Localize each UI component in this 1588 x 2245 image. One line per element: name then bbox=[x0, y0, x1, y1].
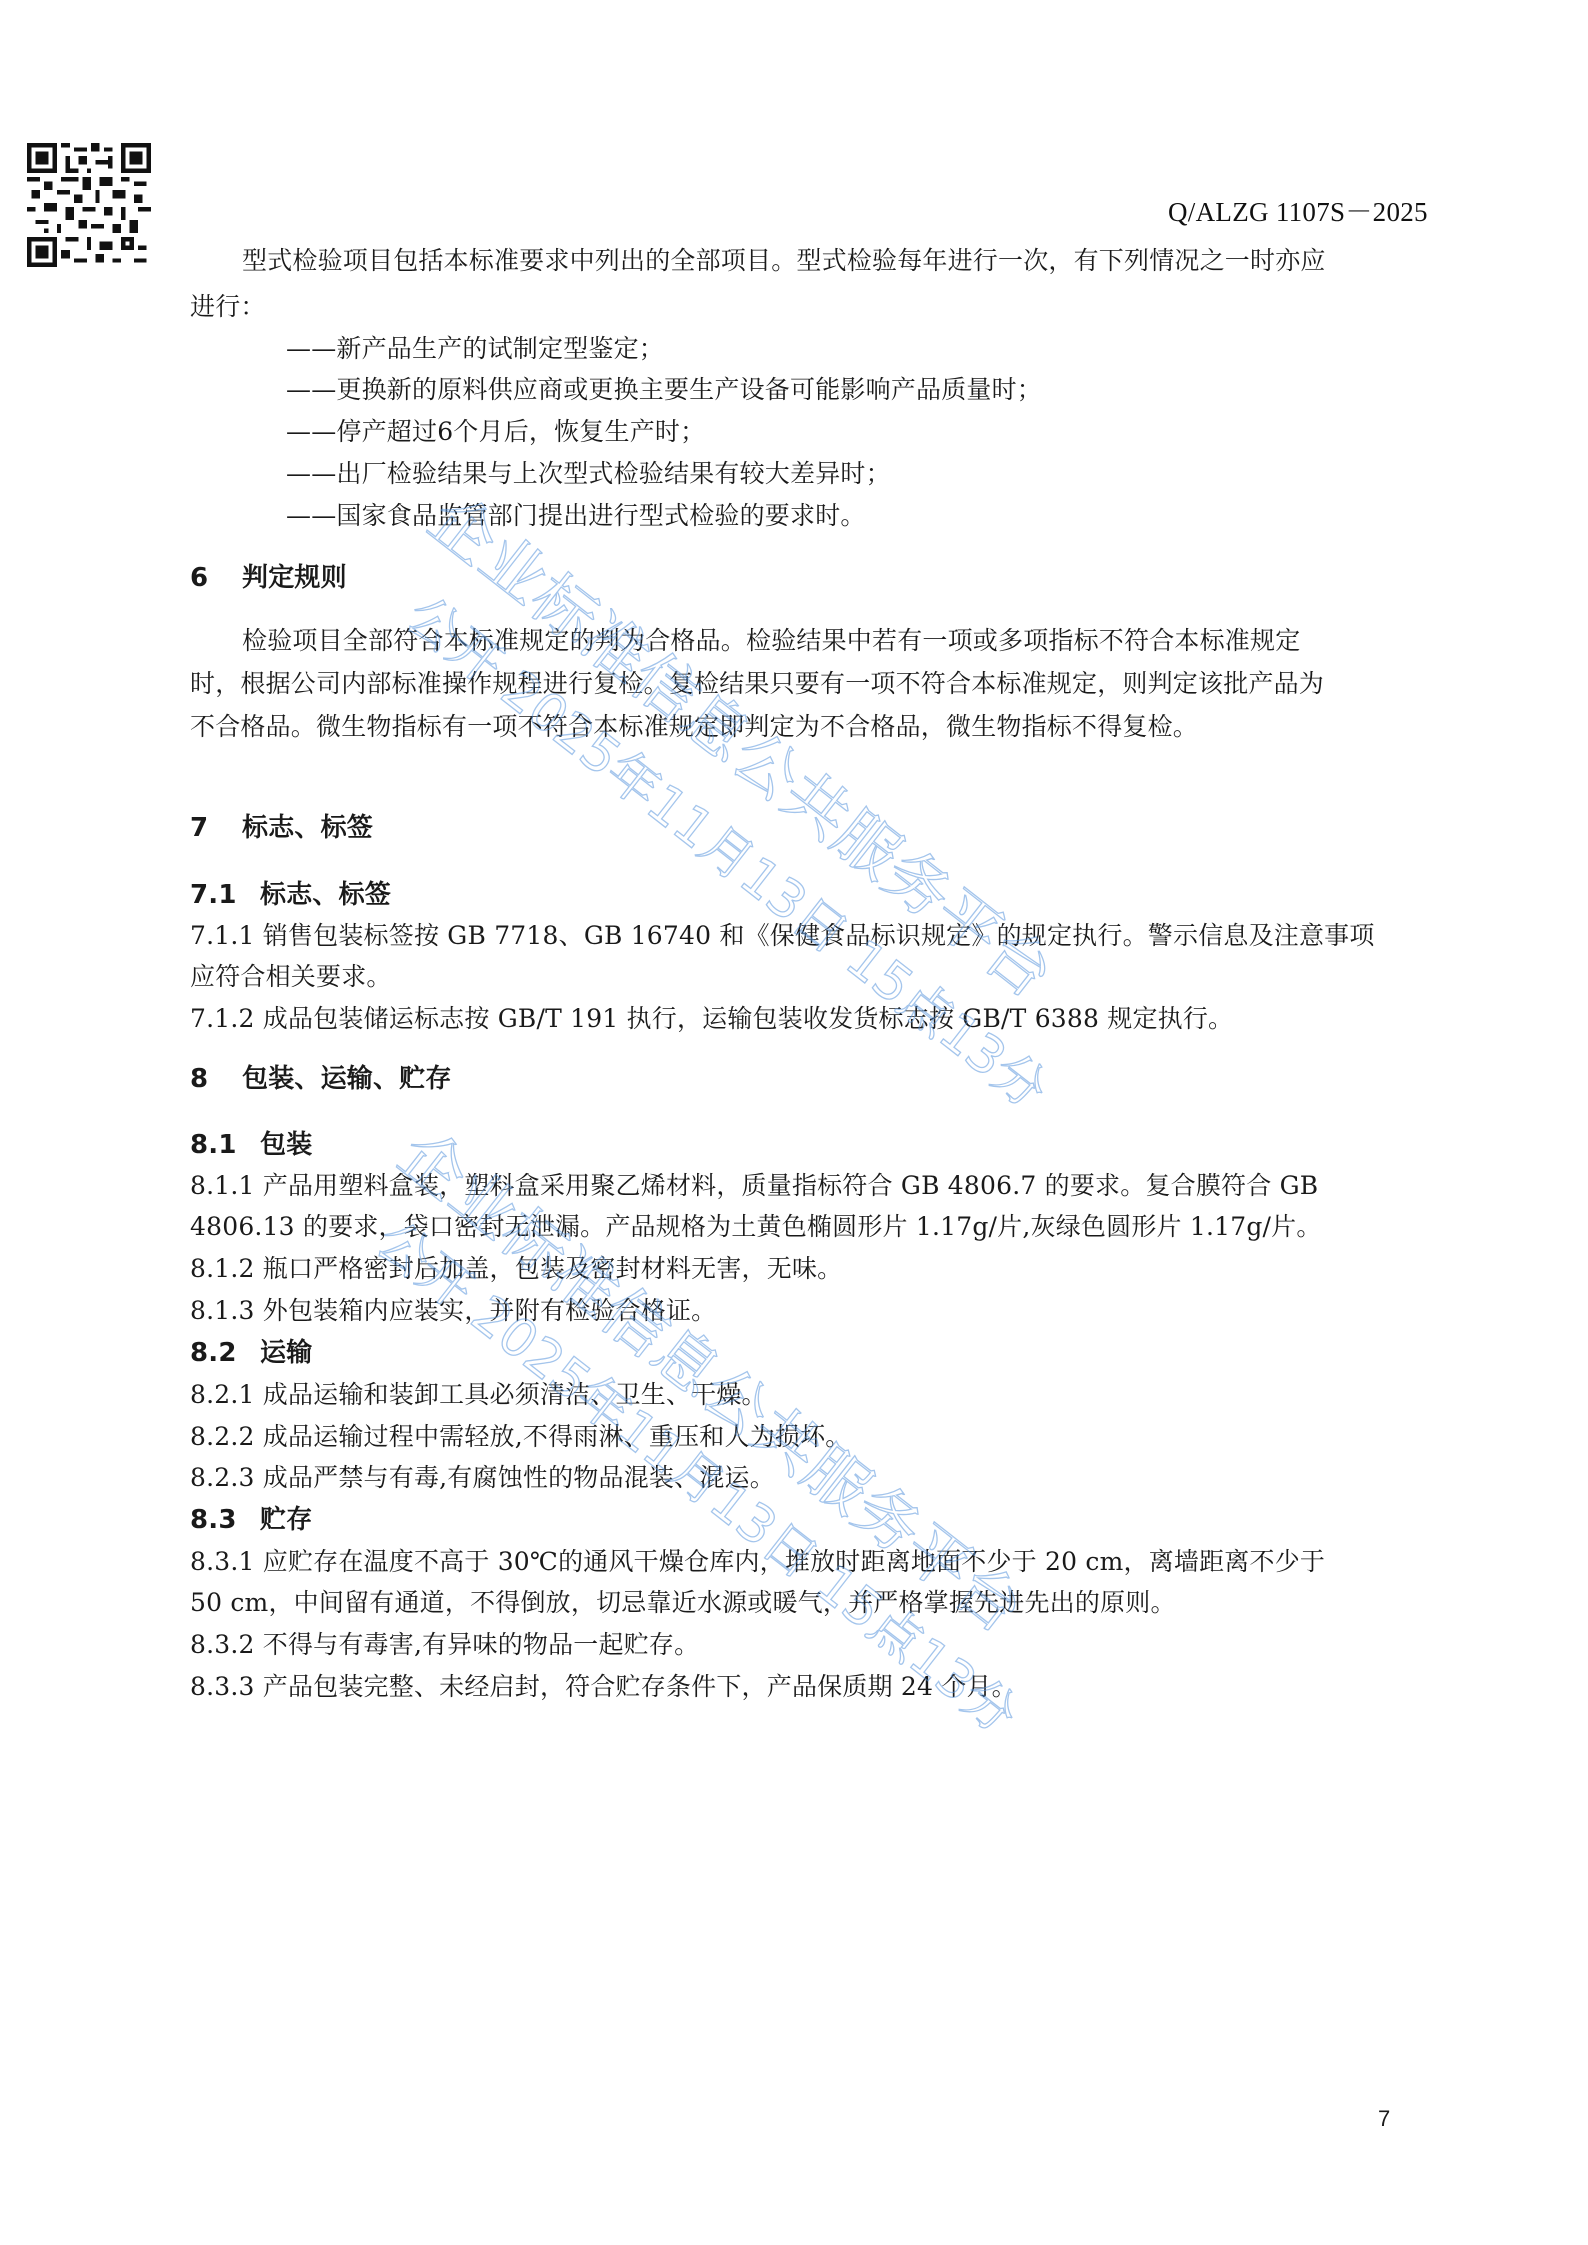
list-item: ——新产品生产的试制定型鉴定； bbox=[286, 334, 664, 364]
intro-paragraph-line2: 进行： bbox=[190, 292, 266, 322]
page-number: 7 bbox=[1378, 2106, 1390, 2132]
section-heading-7: 7标志、标签 bbox=[190, 813, 373, 843]
subsection-heading-7-1: 7.1标志、标签 bbox=[190, 880, 391, 910]
section-title: 标志、标签 bbox=[242, 813, 373, 843]
watermark-timestamp: 公开 2025年11月13日 15点13分 bbox=[394, 575, 1066, 1123]
subsection-title: 包装 bbox=[260, 1130, 312, 1160]
section-title: 判定规则 bbox=[242, 563, 347, 593]
qr-code-icon bbox=[27, 143, 151, 267]
list-item: ——停产超过6个月后，恢复生产时； bbox=[286, 417, 705, 447]
section6-line: 时，根据公司内部标准操作规程进行复检。复检结果只要有一项不符合本标准规定，则判定… bbox=[190, 669, 1324, 699]
list-item: ——出厂检验结果与上次型式检验结果有较大差异时； bbox=[286, 459, 891, 489]
subsection-title: 贮存 bbox=[260, 1505, 312, 1535]
clause-8-3-3: 8.3.3 产品包装完整、未经启封，符合贮存条件下，产品保质期 24 个月。 bbox=[190, 1672, 1017, 1702]
clause-7-1-1-line2: 应符合相关要求。 bbox=[190, 962, 392, 992]
clause-8-1-1-line1: 8.1.1 产品用塑料盒装，塑料盒采用聚乙烯材料，质量指标符合 GB 4806.… bbox=[190, 1171, 1318, 1201]
clause-8-1-2: 8.1.2 瓶口严格密封后加盖，包装及密封材料无害，无味。 bbox=[190, 1254, 842, 1284]
section-number: 7 bbox=[190, 813, 242, 843]
subsection-title: 标志、标签 bbox=[260, 880, 391, 910]
list-item: ——国家食品监管部门提出进行型式检验的要求时。 bbox=[286, 501, 866, 531]
list-item: ——更换新的原料供应商或更换主要生产设备可能影响产品质量时； bbox=[286, 375, 1042, 405]
section6-line: 检验项目全部符合本标准规定的判为合格品。检验结果中若有一项或多项指标不符合本标准… bbox=[242, 626, 1300, 656]
section6-line: 不合格品。微生物指标有一项不符合本标准规定即判定为不合格品，微生物指标不得复检。 bbox=[190, 712, 1198, 742]
subsection-number: 8.2 bbox=[190, 1338, 260, 1368]
subsection-heading-8-3: 8.3贮存 bbox=[190, 1505, 312, 1535]
subsection-heading-8-2: 8.2运输 bbox=[190, 1338, 312, 1368]
standard-code: Q/ALZG 1107S－2025 bbox=[1168, 190, 1428, 229]
subsection-number: 8.3 bbox=[190, 1505, 260, 1535]
clause-8-2-1: 8.2.1 成品运输和装卸工具必须清洁、卫生、干燥。 bbox=[190, 1380, 767, 1410]
clause-7-1-1-line1: 7.1.1 销售包装标签按 GB 7718、GB 16740 和《保健食品标识规… bbox=[190, 921, 1375, 951]
subsection-heading-8-1: 8.1包装 bbox=[190, 1130, 312, 1160]
clause-8-1-3: 8.1.3 外包装箱内应装实，并附有检验合格证。 bbox=[190, 1296, 716, 1326]
clause-8-3-1-line2: 50 cm，中间留有通道，不得倒放，切忌靠近水源或暖气，并严格掌握先进先出的原则… bbox=[190, 1588, 1176, 1618]
clause-7-1-2: 7.1.2 成品包装储运标志按 GB/T 191 执行，运输包装收发货标志按 G… bbox=[190, 1004, 1233, 1034]
clause-8-3-1-line1: 8.3.1 应贮存在温度不高于 30℃的通风干燥仓库内，堆放时距离地面不少于 2… bbox=[190, 1547, 1325, 1577]
section-number: 8 bbox=[190, 1064, 242, 1094]
subsection-number: 8.1 bbox=[190, 1130, 260, 1160]
subsection-number: 7.1 bbox=[190, 880, 260, 910]
subsection-title: 运输 bbox=[260, 1338, 312, 1368]
intro-paragraph-line1: 型式检验项目包括本标准要求中列出的全部项目。型式检验每年进行一次，有下列情况之一… bbox=[242, 246, 1326, 276]
section-number: 6 bbox=[190, 563, 242, 593]
section-title: 包装、运输、贮存 bbox=[242, 1064, 452, 1094]
section-heading-6: 6判定规则 bbox=[190, 563, 347, 593]
clause-8-1-1-line2: 4806.13 的要求，袋口密封无泄漏。产品规格为土黄色椭圆形片 1.17g/片… bbox=[190, 1212, 1322, 1242]
clause-8-2-2: 8.2.2 成品运输过程中需轻放,不得雨淋、重压和人为损坏。 bbox=[190, 1422, 851, 1452]
clause-8-2-3: 8.2.3 成品严禁与有毒,有腐蚀性的物品混装、混运。 bbox=[190, 1463, 775, 1493]
clause-8-3-2: 8.3.2 不得与有毒害,有异味的物品一起贮存。 bbox=[190, 1630, 699, 1660]
section-heading-8: 8包装、运输、贮存 bbox=[190, 1064, 452, 1094]
